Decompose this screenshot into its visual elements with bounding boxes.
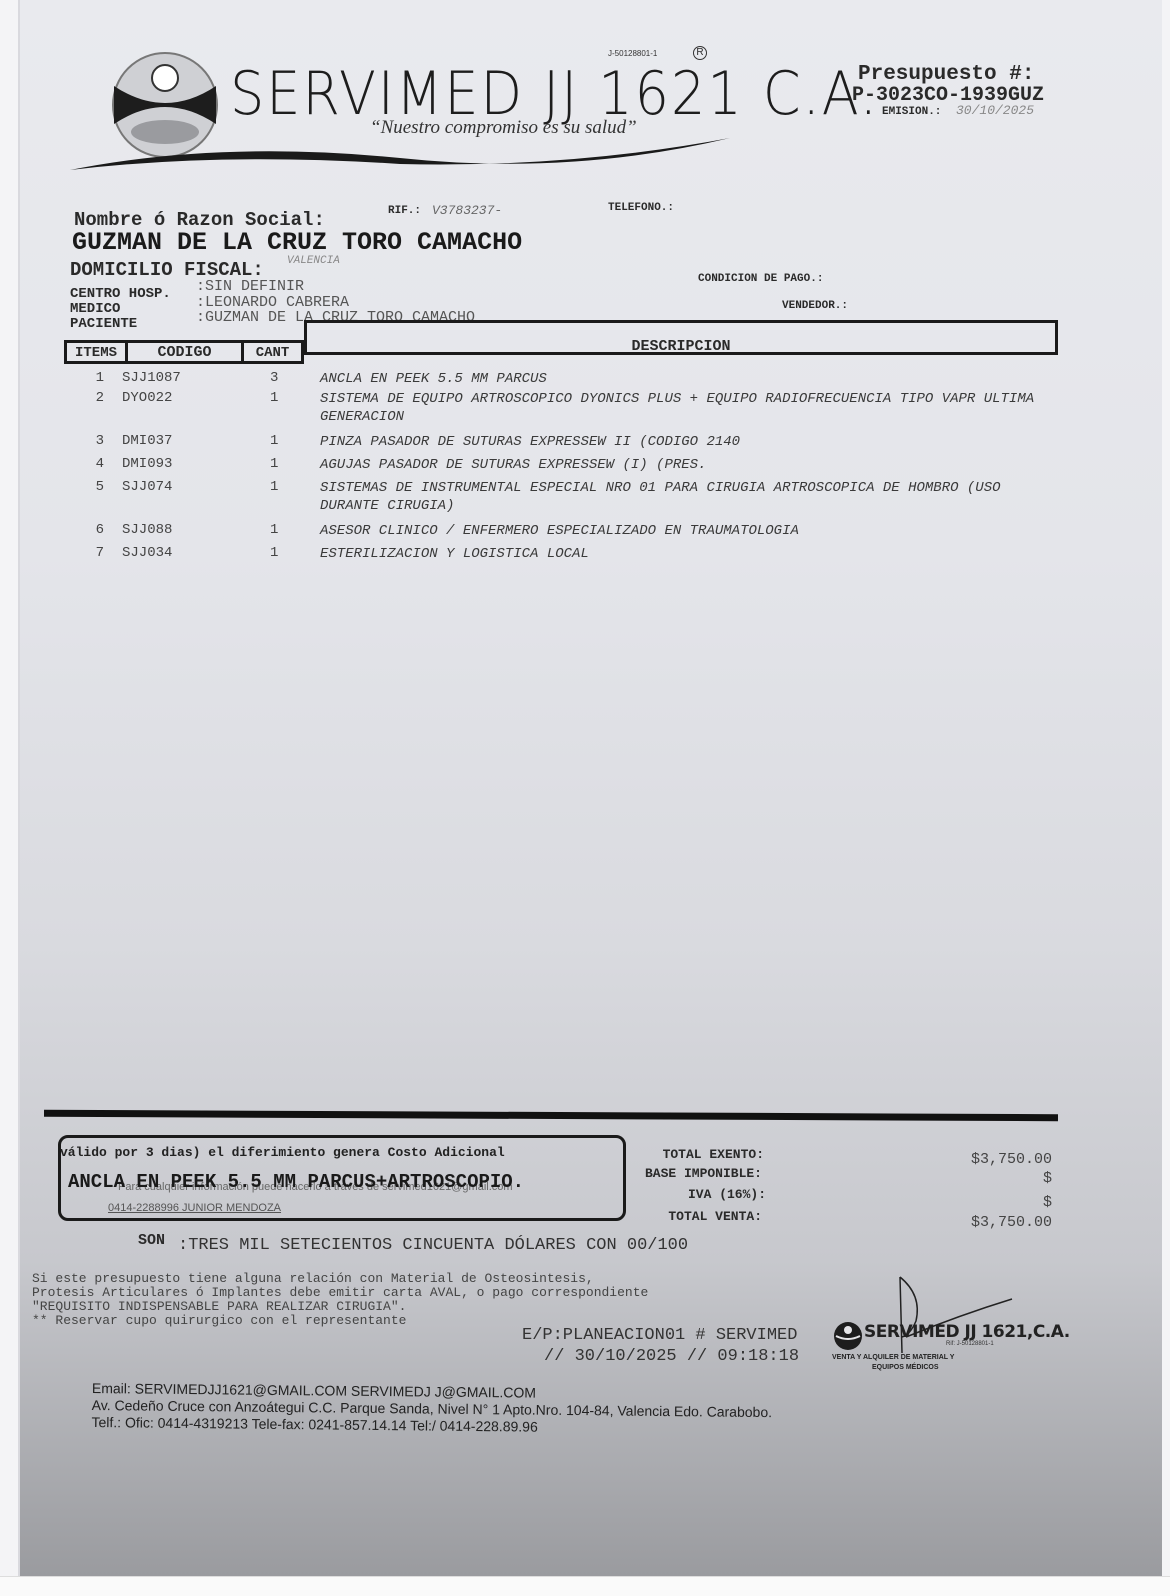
item-code: DMI037 xyxy=(122,433,172,449)
emision-label: EMISION.: xyxy=(882,106,941,118)
medico-label: MEDICO xyxy=(70,301,120,317)
item-number: 7 xyxy=(64,545,104,561)
total-exento-value: $3,750.00 xyxy=(872,1151,1052,1168)
iva-value: $ xyxy=(872,1194,1052,1211)
condicion-pago-label: CONDICION DE PAGO.: xyxy=(698,273,823,285)
centro-hosp-value: :SIN DEFINIR xyxy=(196,278,304,295)
item-code: SJJ074 xyxy=(122,479,172,495)
item-number: 2 xyxy=(64,390,104,406)
total-exento-label: TOTAL EXENTO: xyxy=(614,1147,764,1162)
total-venta-label: TOTAL VENTA: xyxy=(612,1209,762,1224)
ep-timestamp: // 30/10/2025 // 09:18:18 xyxy=(544,1347,799,1366)
column-header-items: ITEMS xyxy=(64,340,128,364)
total-venta-value: $3,750.00 xyxy=(872,1214,1052,1231)
item-number: 4 xyxy=(64,456,104,472)
amount-in-words: :TRES MIL SETECIENTOS CINCUENTA DÓLARES … xyxy=(178,1236,688,1255)
product-summary: ANCLA EN PEEK 5.5 MM PARCUS+ARTROSCOPIO. xyxy=(68,1171,524,1193)
base-imponible-label: BASE IMPONIBLE: xyxy=(612,1166,762,1181)
item-quantity: 3 xyxy=(270,370,278,386)
doc-type-label: Presupuesto #: xyxy=(858,66,1034,84)
item-description: AGUJAS PASADOR DE SUTURAS EXPRESSEW (I) … xyxy=(320,456,1050,474)
item-code: DYO022 xyxy=(122,390,172,406)
column-header-descripcion: DESCRIPCION xyxy=(304,320,1058,355)
item-code: DMI093 xyxy=(122,456,172,472)
item-description: SISTEMAS DE INSTRUMENTAL ESPECIAL NRO 01… xyxy=(320,479,1050,515)
item-code: SJJ1087 xyxy=(122,370,181,386)
swoosh-decoration-icon xyxy=(70,130,730,180)
item-code: SJJ034 xyxy=(122,545,172,561)
column-header-cant: CANT xyxy=(244,340,304,364)
item-number: 5 xyxy=(64,479,104,495)
legal-notice: Si este presupuesto tiene alguna relació… xyxy=(32,1272,648,1328)
item-code: SJJ088 xyxy=(122,522,172,538)
telefono-label: TELEFONO.: xyxy=(608,202,674,214)
brand-rif: J-50128801-1 xyxy=(608,49,657,58)
registered-mark-icon: R xyxy=(693,46,707,60)
column-header-codigo: CODIGO xyxy=(128,340,244,364)
item-number: 3 xyxy=(64,433,104,449)
item-description: ANCLA EN PEEK 5.5 MM PARCUS xyxy=(320,370,1050,388)
items-table-header: ITEMS CODIGO CANT DESCRIPCION xyxy=(64,320,1058,364)
ep-reference: E/P:PLANEACION01 # SERVIMED xyxy=(522,1326,797,1345)
centro-hosp-label: CENTRO HOSP. xyxy=(70,286,171,302)
base-imponible-value: $ xyxy=(872,1170,1052,1187)
vendedor-label: VENDEDOR.: xyxy=(782,300,848,312)
item-description: SISTEMA DE EQUIPO ARTROSCOPICO DYONICS P… xyxy=(320,390,1050,426)
item-number: 6 xyxy=(64,522,104,538)
item-quantity: 1 xyxy=(270,545,278,561)
stamp-subtitle-2: EQUIPOS MÉDICOS xyxy=(872,1364,939,1371)
validity-note: válido por 3 dias) el diferimiento gener… xyxy=(60,1145,505,1160)
domicilio-value: VALENCIA xyxy=(287,255,340,267)
item-quantity: 1 xyxy=(270,456,278,472)
rif-label: RIF.: xyxy=(388,205,421,217)
rif-value: V3783237- xyxy=(432,203,502,218)
item-description: ASESOR CLINICO / ENFERMERO ESPECIALIZADO… xyxy=(320,522,1050,540)
item-description: PINZA PASADOR DE SUTURAS EXPRESSEW II (C… xyxy=(320,433,1050,451)
son-label: SON xyxy=(138,1232,165,1249)
contact-note: 0414-2288996 JUNIOR MENDOZA xyxy=(108,1202,281,1214)
item-quantity: 1 xyxy=(270,522,278,538)
page-bottom-margin xyxy=(0,1576,1170,1596)
item-quantity: 1 xyxy=(270,479,278,495)
footer-contact: Email: SERVIMEDJJ1621@GMAIL.COM SERVIMED… xyxy=(91,1380,772,1438)
item-number: 1 xyxy=(64,370,104,386)
iva-label: IVA (16%): xyxy=(616,1187,766,1202)
item-description: ESTERILIZACION Y LOGISTICA LOCAL xyxy=(320,545,1050,563)
client-name: GUZMAN DE LA CRUZ TORO CAMACHO xyxy=(72,228,522,257)
item-quantity: 1 xyxy=(270,390,278,406)
item-quantity: 1 xyxy=(270,433,278,449)
stamp-subtitle: VENTA Y ALQUILER DE MATERIAL Y xyxy=(832,1354,954,1361)
emision-date: 30/10/2025 xyxy=(956,103,1034,118)
signature-icon xyxy=(880,1275,1030,1355)
